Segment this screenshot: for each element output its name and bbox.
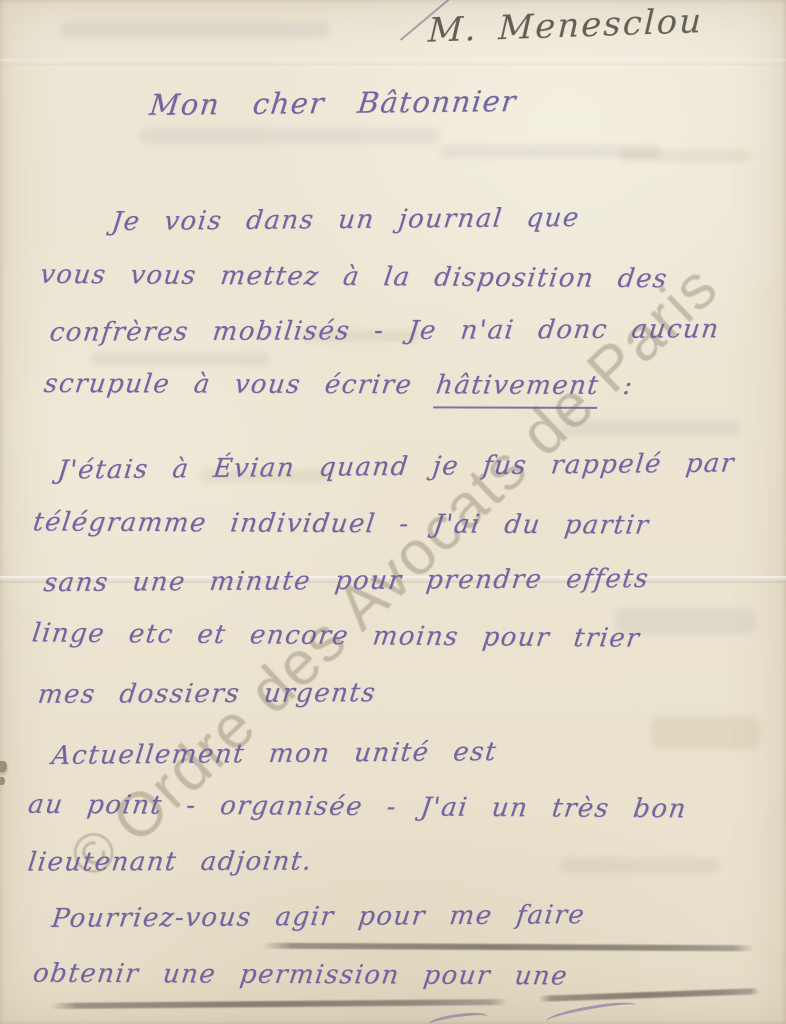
handwriting-line: obtenir une permission pour une — [31, 959, 570, 992]
handwriting-line: J'étais à Évian quand je fus rappelé par — [56, 448, 737, 485]
bleed-through — [440, 145, 660, 158]
bleed-through — [60, 22, 330, 38]
pencil-underline — [262, 943, 754, 952]
handwriting-line: Actuellement mon unité est — [50, 737, 499, 771]
handwriting-line: lieutenant adjoint. — [26, 847, 314, 878]
line-fragment: scrupule à vous écrire — [42, 369, 414, 400]
paper-tear — [0, 761, 7, 772]
handwriting-line: télégramme individuel - J'ai du partir — [31, 507, 651, 540]
handwriting-line: linge etc et encore moins pour trier — [30, 618, 642, 653]
handwriting-line: mes dossiers urgents — [36, 678, 378, 710]
handwriting-line: Pourriez-vous agir pour me faire — [50, 900, 587, 934]
handwriting-line: confrères mobilisés - Je n'ai donc aucun — [48, 314, 721, 348]
paper-tear — [0, 777, 5, 785]
pencil-underline — [50, 999, 508, 1009]
salutation: Mon cher Bâtonnier — [148, 84, 519, 122]
handwriting-line: au point - organisée - J'ai un très bon — [26, 790, 688, 825]
letter-scan: ©Ordre des Avocats de Paris M. Menesclou… — [0, 0, 786, 1024]
bleed-through — [90, 352, 270, 366]
cutoff-ink-stroke — [544, 998, 637, 1024]
handwriting-line: sans une minute pour prendre effets — [42, 564, 651, 598]
bleed-through — [620, 150, 750, 162]
paper-crease-top — [0, 59, 786, 65]
bleed-through — [650, 716, 760, 750]
cutoff-ink-stroke — [427, 1010, 488, 1024]
pencil-annotation: M. Menesclou — [427, 1, 703, 51]
pencil-underline — [538, 988, 760, 1002]
bleed-through — [560, 858, 720, 873]
bleed-through — [140, 128, 440, 144]
underlined-word: hâtivement — [433, 370, 601, 409]
handwriting-line: scrupule à vous écrire hâtivement : — [42, 369, 635, 401]
handwriting-line: vous vous mettez à la disposition des — [38, 260, 669, 294]
handwriting-line: Je vois dans un journal que — [110, 203, 581, 237]
